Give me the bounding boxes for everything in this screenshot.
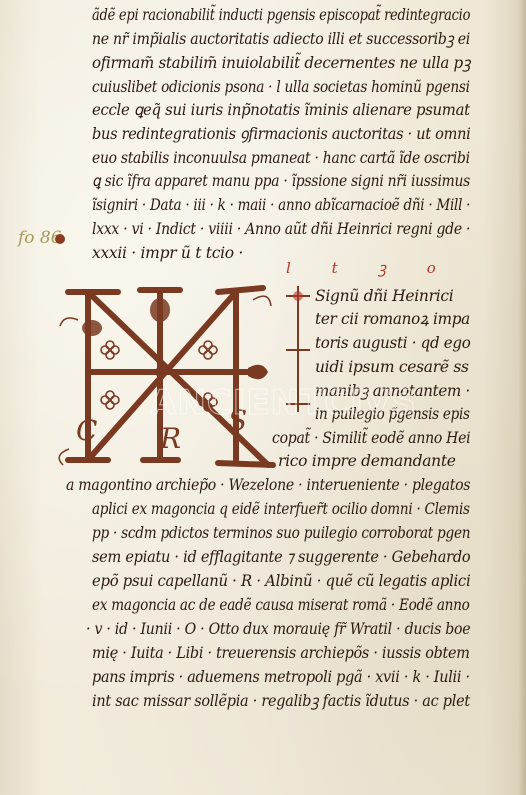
text-line: pans impris · aduemens metropoli pgã · x… — [92, 668, 470, 686]
text-line: xxxii · impr ũ t tcio · — [92, 244, 243, 262]
svg-text:C: C — [76, 414, 97, 447]
text-line: ꝗ sic ĩfra apparet manu ppa · ĩpssione s… — [92, 172, 470, 190]
text-line: uidi ipsum cesarẽ ss — [315, 358, 469, 376]
text-line: a magontino archiep̃o · Wezelone · inter… — [66, 476, 470, 494]
text-line: lxxx · vi · Indict · viiii · Anno aũt dñ… — [92, 220, 470, 238]
text-line: · v · id · Iunii · O · Otto dux morauię … — [86, 620, 470, 638]
text-line: ofirmam̃ stabilim̃ inuiolabilit̃ decerne… — [92, 54, 470, 72]
text-line: bus redintegrationis ꝯfirmacionis auctor… — [92, 125, 471, 143]
text-line: ex magoncia ac de eadẽ causa miserat rom… — [92, 596, 470, 614]
manuscript-page: ãdẽ epi racionabilit̃ inducti pgensis ep… — [0, 0, 526, 795]
text-line: rico impre demandante — [278, 452, 456, 470]
ink-blot — [55, 234, 65, 244]
text-line: ĩsigniri · Data · iii · k · maii · anno … — [92, 196, 470, 214]
text-line: copat̃ · Similit̃ eodẽ anno Hei — [272, 429, 470, 447]
svg-text:R: R — [159, 422, 181, 455]
rubric-letters: l t ꝫ o — [286, 258, 454, 278]
text-line: Signũ dñi Heinrici — [315, 287, 453, 305]
text-line: euo stabilis inconuulsa pmaneat · hanc c… — [92, 149, 470, 167]
text-line: cuiuslibet odicionis psona · l ulla soci… — [92, 78, 470, 96]
text-line: sem epiatu · id efflagitante ⁊ suggerent… — [92, 548, 470, 566]
decorated-initial-monogram: C R S — [48, 280, 278, 470]
text-line: aplici ex magoncia q eidẽ interfuer̃t oc… — [92, 500, 470, 518]
text-line: mię · Iuita · Libi · treuerensis archiep… — [92, 644, 470, 662]
text-line: in puilegio p̃gensis epis — [315, 405, 470, 423]
text-line: epõ psui capellanũ · R · Albinũ · quẽ cũ… — [92, 572, 470, 590]
signum-crosses — [280, 282, 316, 422]
page-edge-shadow — [518, 0, 526, 795]
svg-text:S: S — [228, 404, 247, 437]
text-line: ter cii romanoꝝ impa — [315, 310, 470, 328]
text-line: ãdẽ epi racionabilit̃ inducti pgensis ep… — [92, 6, 470, 24]
text-line: toris augusti · qd ego — [315, 334, 470, 352]
text-line: pp · scdm pdictos terminos suo puilegio … — [92, 524, 470, 542]
text-line: ne nr̃ imp̃ialis auctoritatis adiecto il… — [92, 30, 470, 48]
text-line: eccle ꝗeq̃ sui iuris inp̃notatis ĩminis … — [92, 101, 470, 119]
text-line: manibꝫ annotantem · — [315, 382, 470, 400]
text-line: int sac missar sollẽpia · regalibꝫ facti… — [92, 692, 470, 710]
